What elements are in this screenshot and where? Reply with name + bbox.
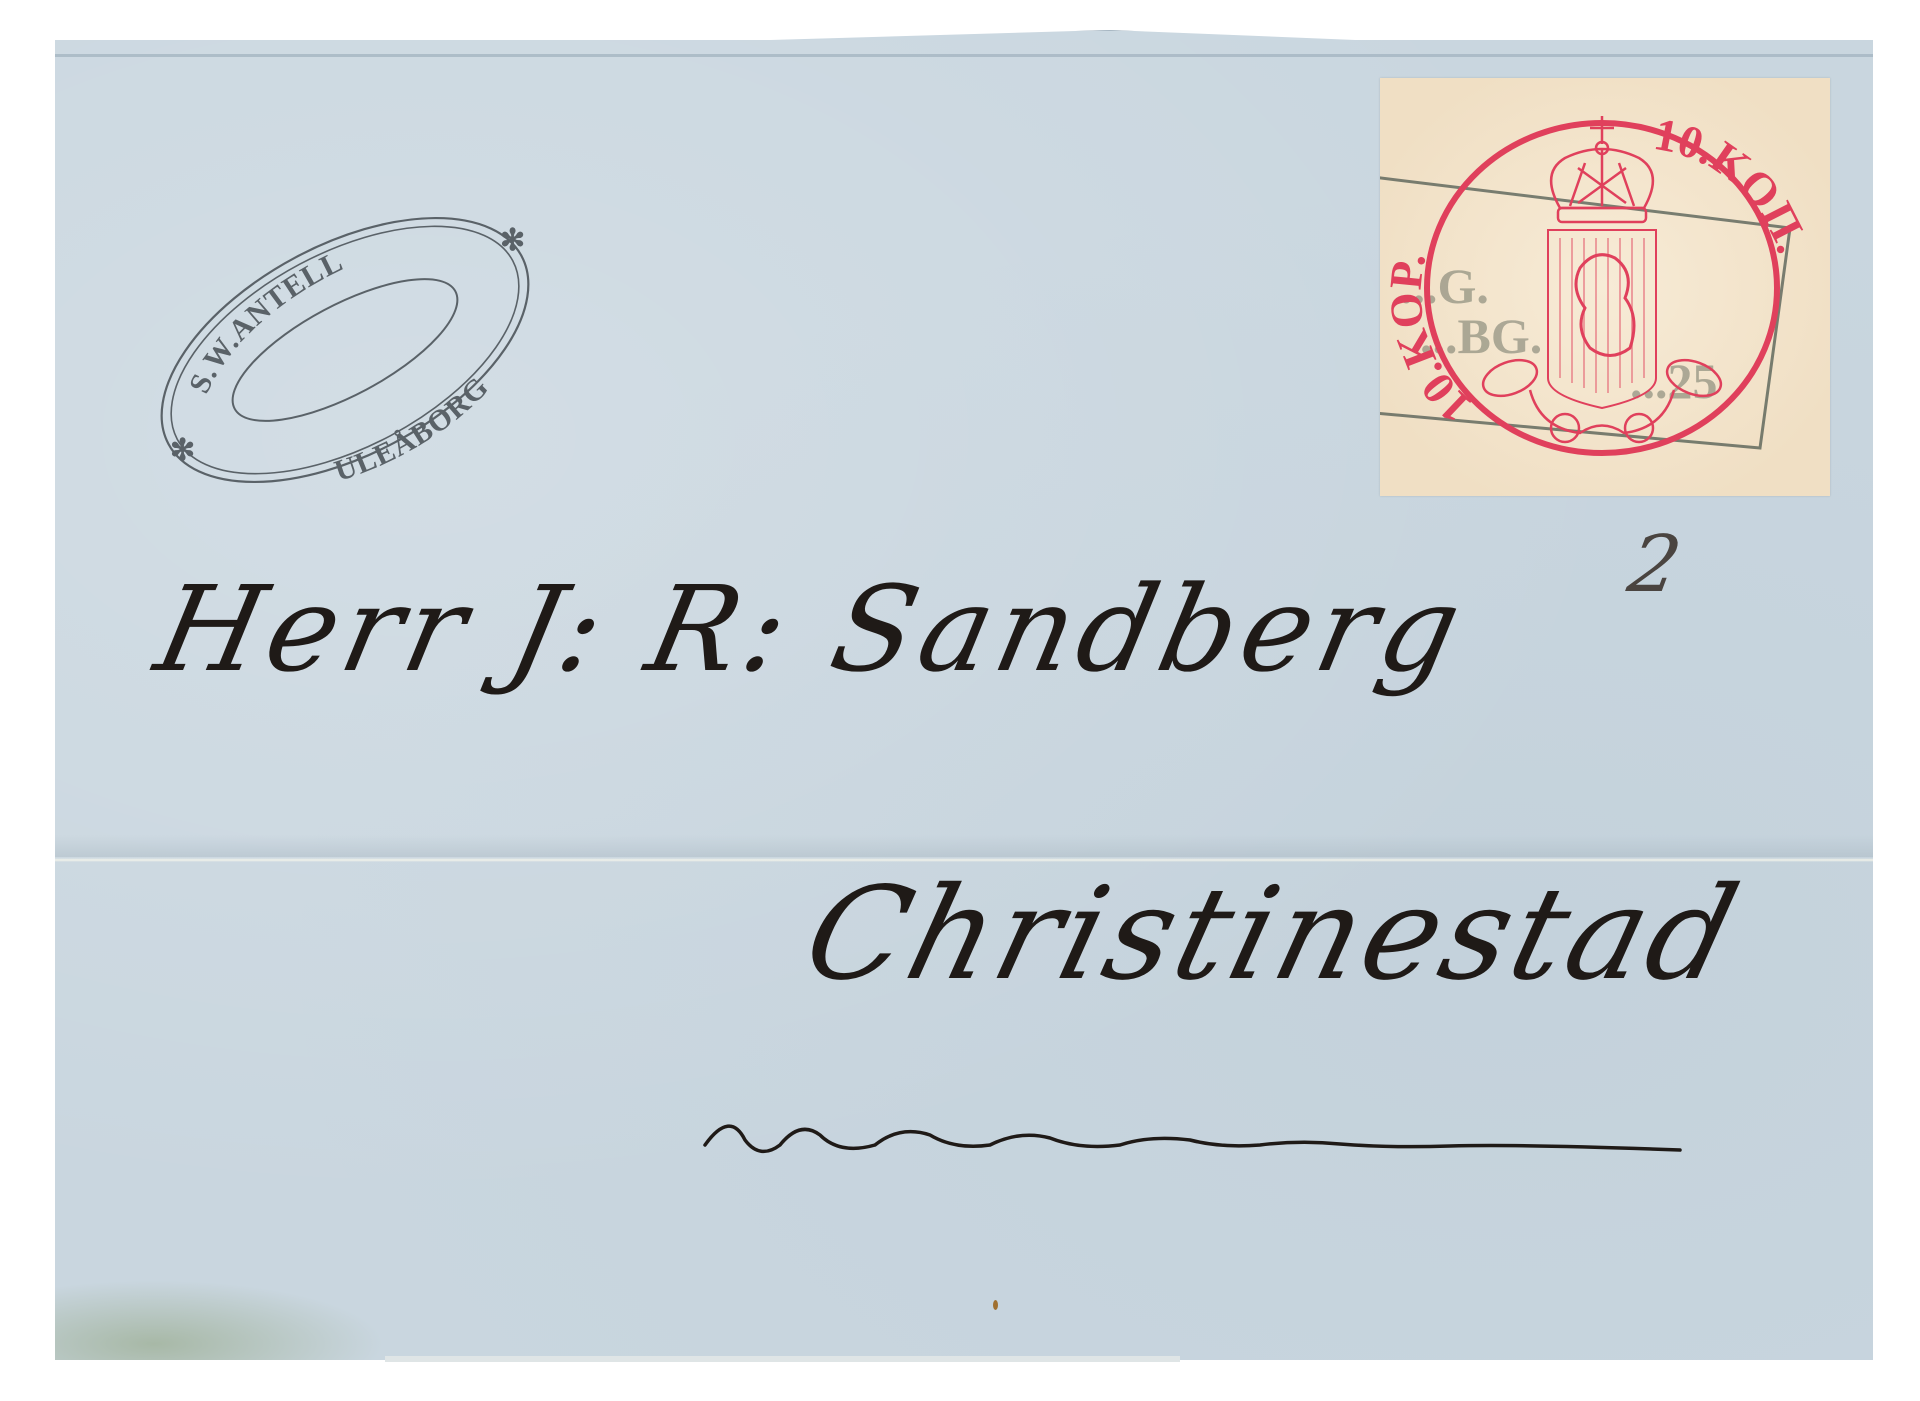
address-line-recipient: Herr J: R: Sandberg — [145, 560, 1477, 698]
cover-top-edge — [55, 54, 1873, 57]
fold-shadow — [55, 835, 1873, 857]
handstamp-bottom-text: ULEÅBORG — [330, 370, 495, 488]
ink-speck — [993, 1300, 998, 1310]
stamp-denomination-right: 10.KOП. — [1650, 108, 1818, 259]
ornament-icon: ✻ — [170, 434, 196, 467]
address-line-town: Christinestad — [791, 860, 1754, 1009]
wavy-underline-flourish — [700, 1100, 1700, 1170]
stain-bottom-left — [55, 1280, 385, 1360]
sender-oval-handstamp: S.W.ANTELL ULEÅBORG ✻ ✻ — [130, 185, 560, 515]
ornament-icon: ✻ — [500, 224, 526, 257]
handstamp-top-text: S.W.ANTELL — [183, 245, 349, 399]
bottom-edge-strip — [385, 1356, 1180, 1362]
postage-stamp: ...G. ...BG. ...25 10.KOP. 10.KOП. — [1380, 78, 1830, 496]
